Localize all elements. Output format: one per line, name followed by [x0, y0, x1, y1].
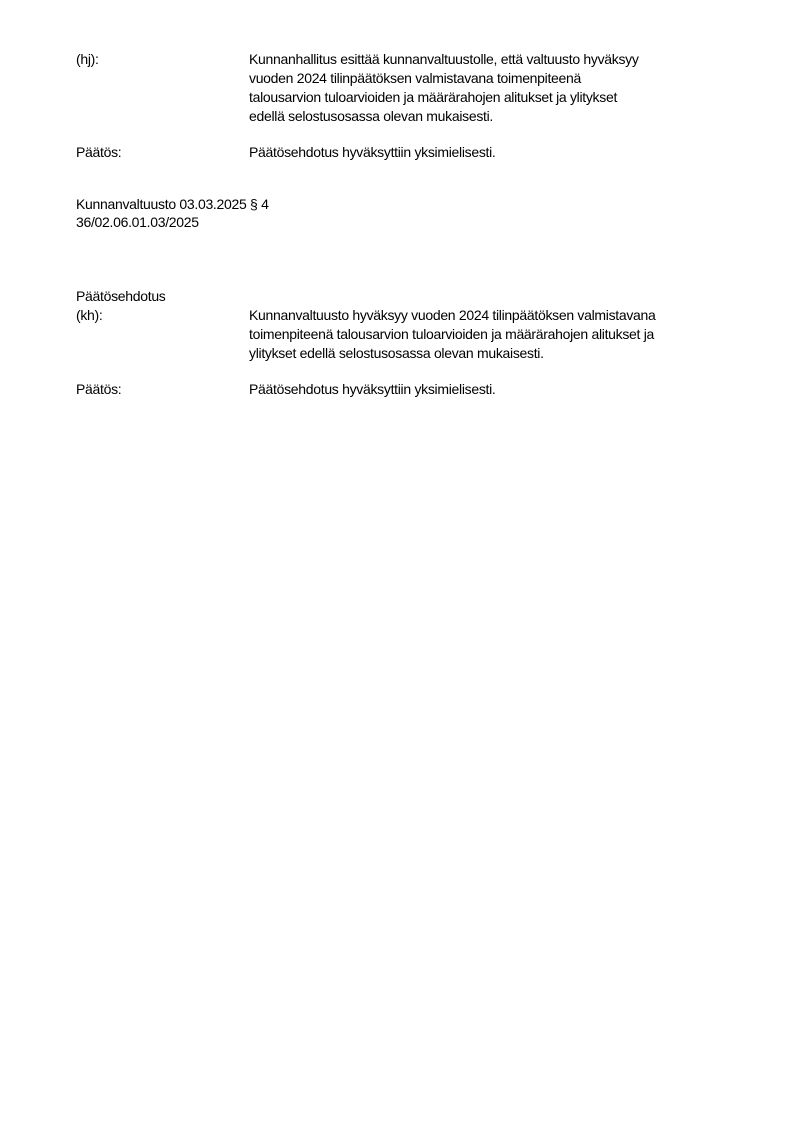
- text-line: Kunnanvaltuusto hyväksyy vuoden 2024 til…: [249, 306, 739, 325]
- decision-text: Päätösehdotus hyväksyttiin yksimielisest…: [249, 143, 739, 162]
- decision-text: Päätösehdotus hyväksyttiin yksimielisest…: [249, 380, 739, 399]
- case-number: 36/02.06.01.03/2025: [76, 213, 269, 231]
- proposal-text-hj: Kunnanhallitus esittää kunnanvaltuustoll…: [249, 50, 739, 126]
- decision-label: Päätös:: [76, 143, 121, 162]
- text-line: toimenpiteenä talousarvion tuloarvioiden…: [249, 325, 739, 344]
- text-line: Kunnanhallitus esittää kunnanvaltuustoll…: [249, 50, 739, 69]
- proposal-label-hj: (hj):: [76, 50, 99, 69]
- meeting-header: Kunnanvaltuusto 03.03.2025 § 4 36/02.06.…: [76, 195, 269, 231]
- text-line: talousarvion tuloarvioiden ja määrärahoj…: [249, 88, 739, 107]
- meeting-title: Kunnanvaltuusto 03.03.2025 § 4: [76, 195, 269, 213]
- proposal-label-kh: (kh):: [76, 306, 103, 325]
- text-line: vuoden 2024 tilinpäätöksen valmistavana …: [249, 69, 739, 88]
- text-line: ylitykset edellä selostusosassa olevan m…: [249, 344, 739, 363]
- text-line: edellä selostusosassa olevan mukaisesti.: [249, 107, 739, 126]
- decision-label: Päätös:: [76, 380, 121, 399]
- proposal-text-kh: Kunnanvaltuusto hyväksyy vuoden 2024 til…: [249, 306, 739, 363]
- proposal-heading: Päätösehdotus: [76, 287, 166, 306]
